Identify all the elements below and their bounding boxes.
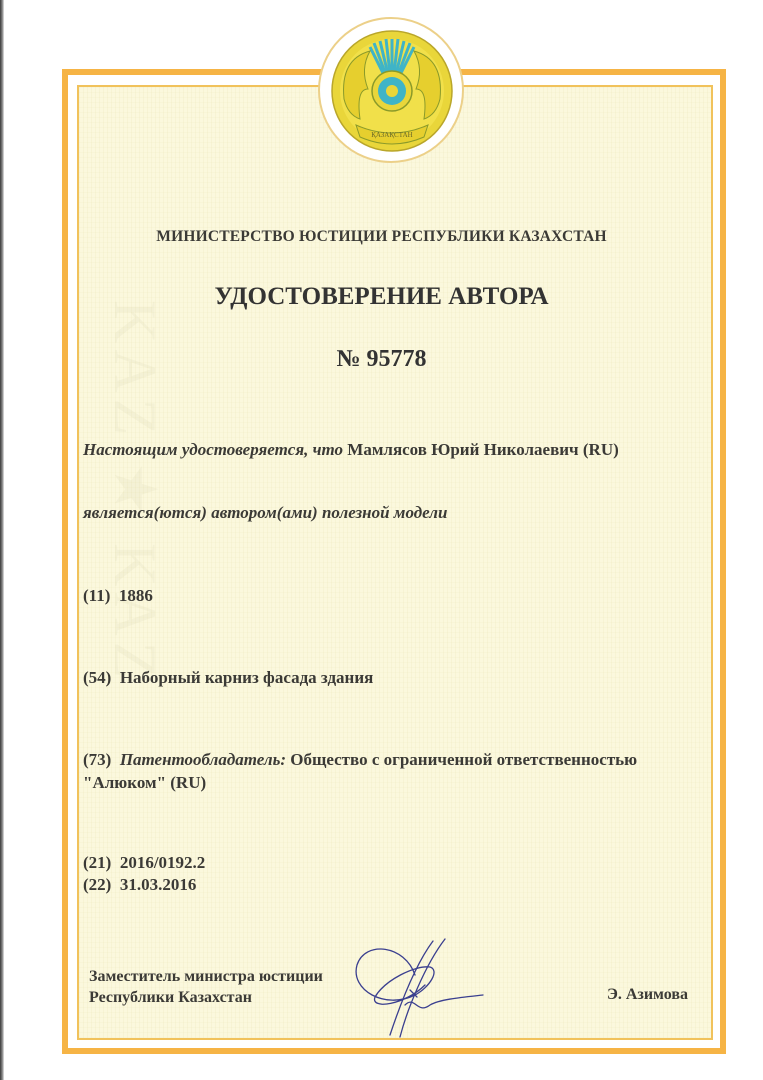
svg-text:ҚАЗАҚСТАН: ҚАЗАҚСТАН bbox=[371, 131, 413, 139]
patent-holder-line1: Общество с ограниченной ответственностью bbox=[290, 750, 637, 769]
field-54: (54) Наборный карниз фасада здания bbox=[83, 668, 373, 688]
author-role: является(ются) автором(ами) полезной мод… bbox=[83, 503, 447, 523]
scan-edge bbox=[0, 0, 4, 1080]
application-number: 2016/0192.2 bbox=[120, 853, 205, 872]
handwritten-signature-icon bbox=[345, 935, 505, 1040]
field-21-code: (21) bbox=[83, 853, 111, 872]
field-11: (11) 1886 bbox=[83, 586, 153, 606]
utility-model-title: Наборный карниз фасада здания bbox=[120, 668, 374, 687]
signatory-name: Э. Азимова bbox=[607, 986, 688, 1004]
filing-date: 31.03.2016 bbox=[120, 875, 197, 894]
field-11-code: (11) bbox=[83, 586, 110, 605]
kazakhstan-state-emblem-icon: ҚАЗАҚСТАН bbox=[330, 29, 454, 153]
field-54-code: (54) bbox=[83, 668, 111, 687]
patent-number: 1886 bbox=[119, 586, 153, 605]
signatory-position-line2: Республики Казахстан bbox=[89, 989, 252, 1007]
field-73: (73) Патентообладатель: Общество с огран… bbox=[83, 750, 637, 770]
patent-holder-label: Патентообладатель: bbox=[120, 750, 286, 769]
signatory-position-line1: Заместитель министра юстиции bbox=[89, 968, 323, 986]
author-name: Мамлясов Юрий Николаевич (RU) bbox=[347, 440, 619, 459]
field-21: (21) 2016/0192.2 bbox=[83, 853, 205, 873]
certificate-title: УДОСТОВЕРЕНИЕ АВТОРА bbox=[0, 283, 763, 311]
certificate-number: № 95778 bbox=[0, 346, 763, 373]
certify-intro: Настоящим удостоверяется, что bbox=[83, 440, 343, 459]
field-73-code: (73) bbox=[83, 750, 111, 769]
field-22: (22) 31.03.2016 bbox=[83, 875, 196, 895]
field-22-code: (22) bbox=[83, 875, 111, 894]
certify-line: Настоящим удостоверяется, что Мамлясов Ю… bbox=[83, 440, 619, 460]
ministry-heading: МИНИСТЕРСТВО ЮСТИЦИИ РЕСПУБЛИКИ КАЗАХСТА… bbox=[0, 228, 763, 246]
patent-holder-line2: "Алюком" (RU) bbox=[83, 773, 206, 793]
